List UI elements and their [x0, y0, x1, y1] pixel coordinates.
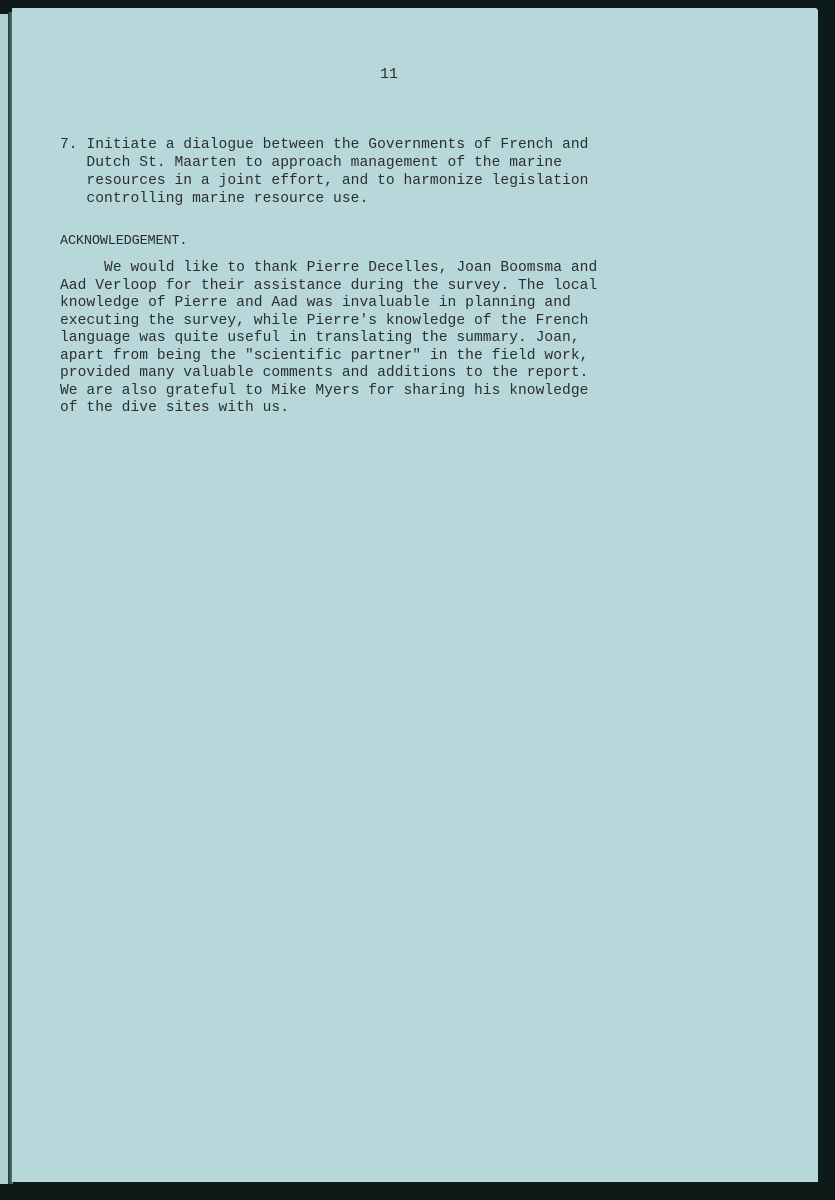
paragraph-line: We are also grateful to Mike Myers for s…	[60, 383, 597, 401]
paragraph-line: executing the survey, while Pierre's kno…	[60, 313, 597, 331]
previous-page-edge	[0, 14, 8, 1184]
paragraph-line: We would like to thank Pierre Decelles, …	[60, 260, 597, 278]
recommendation-line: controlling marine resource use.	[60, 190, 588, 208]
paragraph-line: knowledge of Pierre and Aad was invaluab…	[60, 295, 597, 313]
recommendation-line: 7. Initiate a dialogue between the Gover…	[60, 136, 588, 154]
recommendation-7: 7. Initiate a dialogue between the Gover…	[60, 136, 588, 208]
paragraph-line: apart from being the "scientific partner…	[60, 348, 597, 366]
paragraph-line: provided many valuable comments and addi…	[60, 365, 597, 383]
paragraph-line: of the dive sites with us.	[60, 400, 597, 418]
document-page: 11 7. Initiate a dialogue between the Go…	[12, 8, 818, 1182]
recommendation-line: Dutch St. Maarten to approach management…	[60, 154, 588, 172]
page-number: 11	[380, 66, 398, 84]
acknowledgement-heading: ACKNOWLEDGEMENT.	[60, 233, 187, 251]
paragraph-line: language was quite useful in translating…	[60, 330, 597, 348]
paragraph-line: Aad Verloop for their assistance during …	[60, 278, 597, 296]
recommendation-line: resources in a joint effort, and to harm…	[60, 172, 588, 190]
acknowledgement-paragraph: We would like to thank Pierre Decelles, …	[60, 260, 597, 418]
